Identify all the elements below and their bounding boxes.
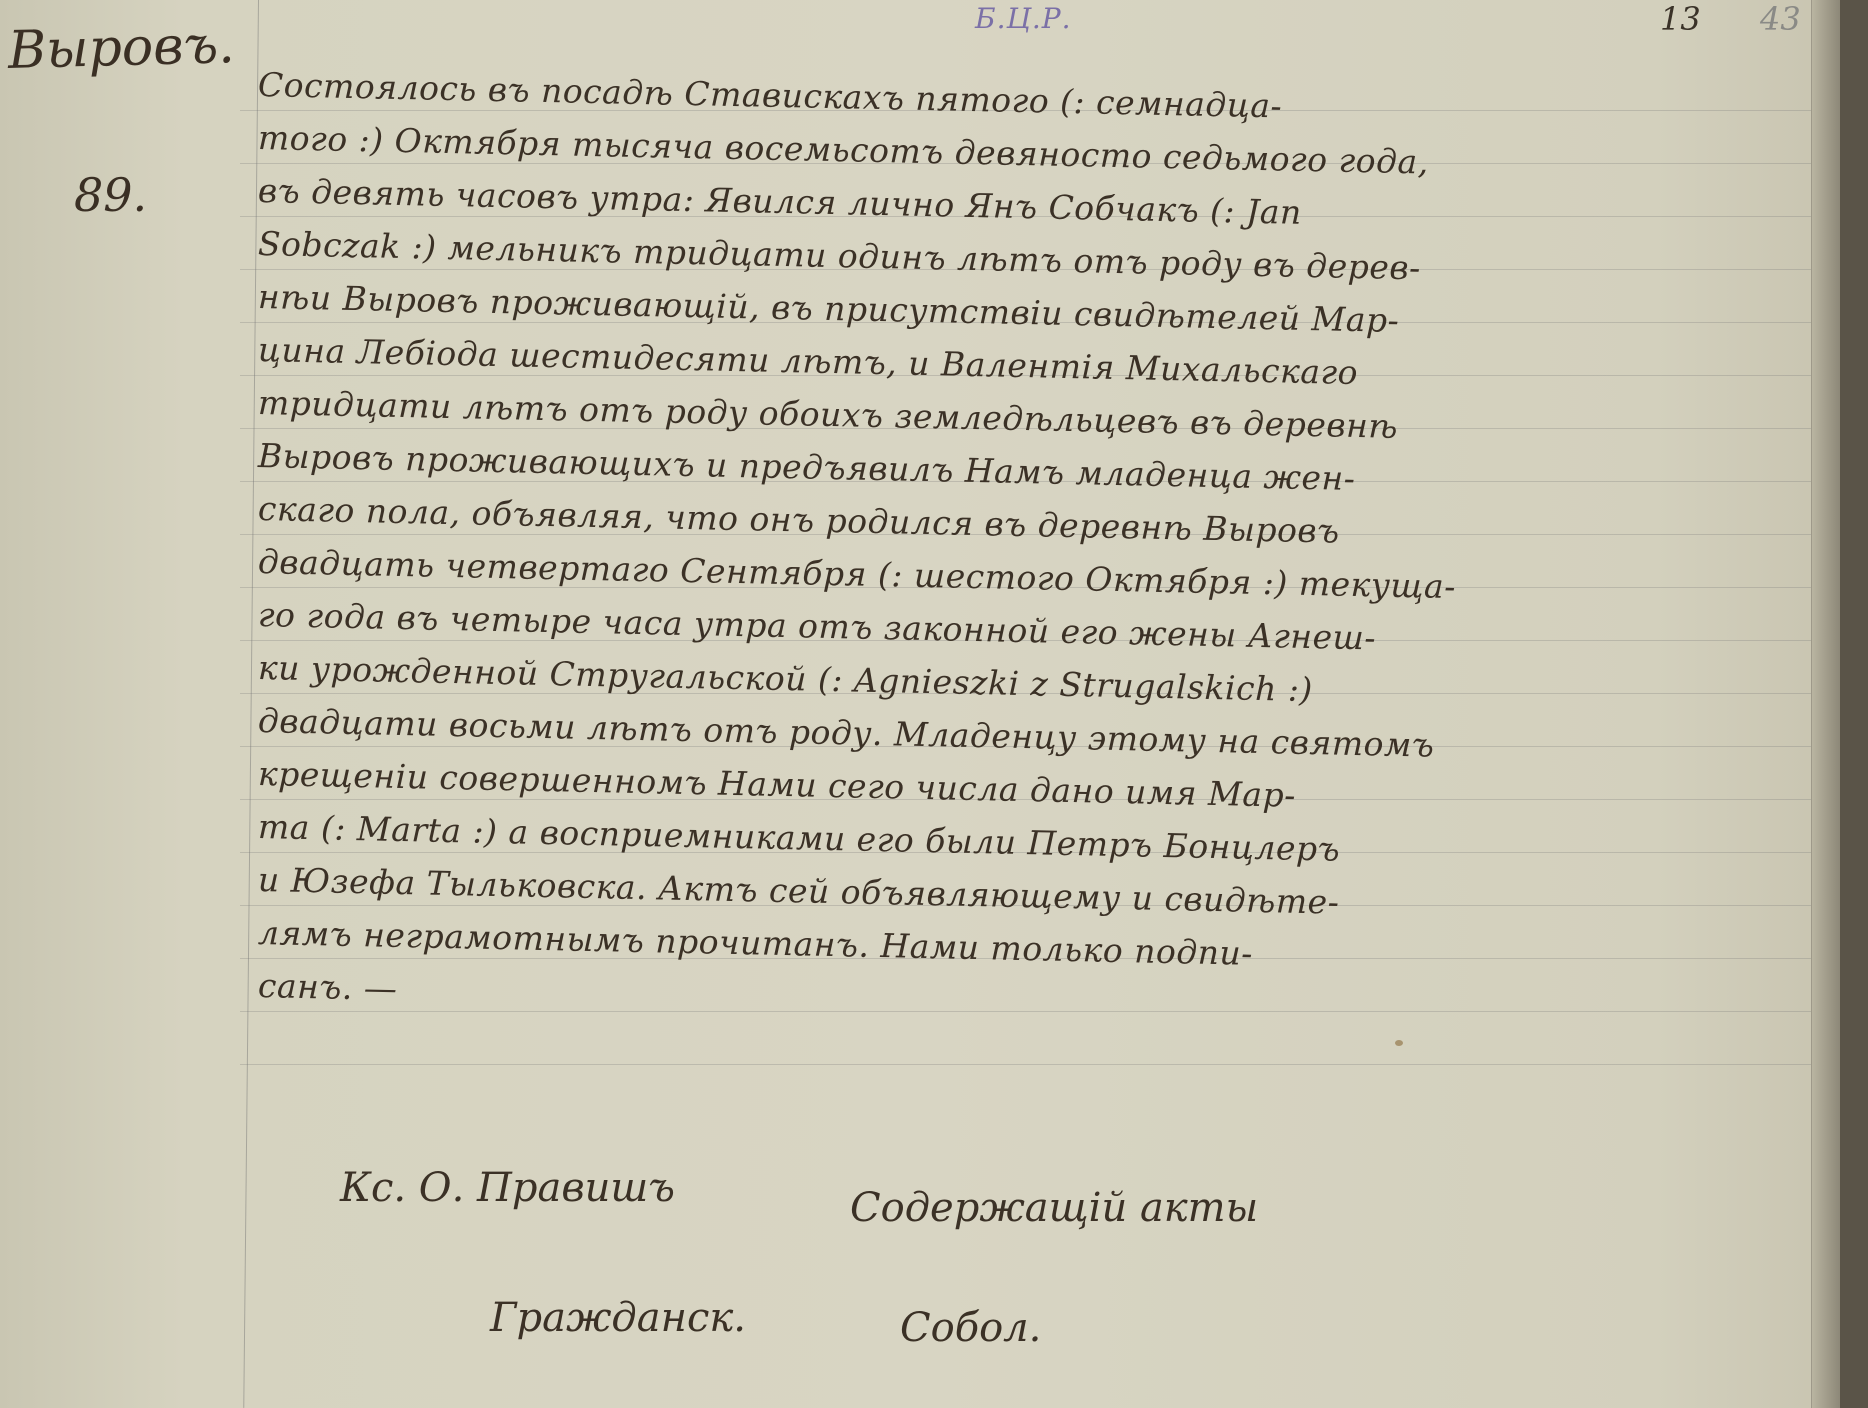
record-number: 89. bbox=[74, 168, 147, 222]
record-body: Состоялось въ посадѣ Ставискахъ пятого (… bbox=[258, 58, 1828, 1012]
ruled-line bbox=[240, 1064, 1830, 1065]
folio-number-ink: 13 bbox=[1660, 0, 1701, 38]
officiant-signature: Кс. О. Правишъ bbox=[340, 1165, 675, 1211]
ink-stain bbox=[1395, 1040, 1403, 1046]
signature-block: Кс. О. Правишъ Гражданск. Содержащій акт… bbox=[340, 1155, 1640, 1395]
archive-stamp: Б.Ц.Р. bbox=[975, 2, 1072, 35]
book-binding-edge bbox=[1811, 0, 1840, 1408]
registrar-signature: Содержащій акты bbox=[850, 1185, 1258, 1231]
village-name: Выровъ. bbox=[7, 15, 235, 81]
register-page: Б.Ц.Р. 13 43 Выровъ. 89. Состоялось въ п… bbox=[0, 0, 1840, 1408]
folio-number-pencil: 43 bbox=[1760, 0, 1801, 38]
registrar-name: Собол. bbox=[900, 1305, 1041, 1351]
officiant-title: Гражданск. bbox=[490, 1295, 746, 1341]
